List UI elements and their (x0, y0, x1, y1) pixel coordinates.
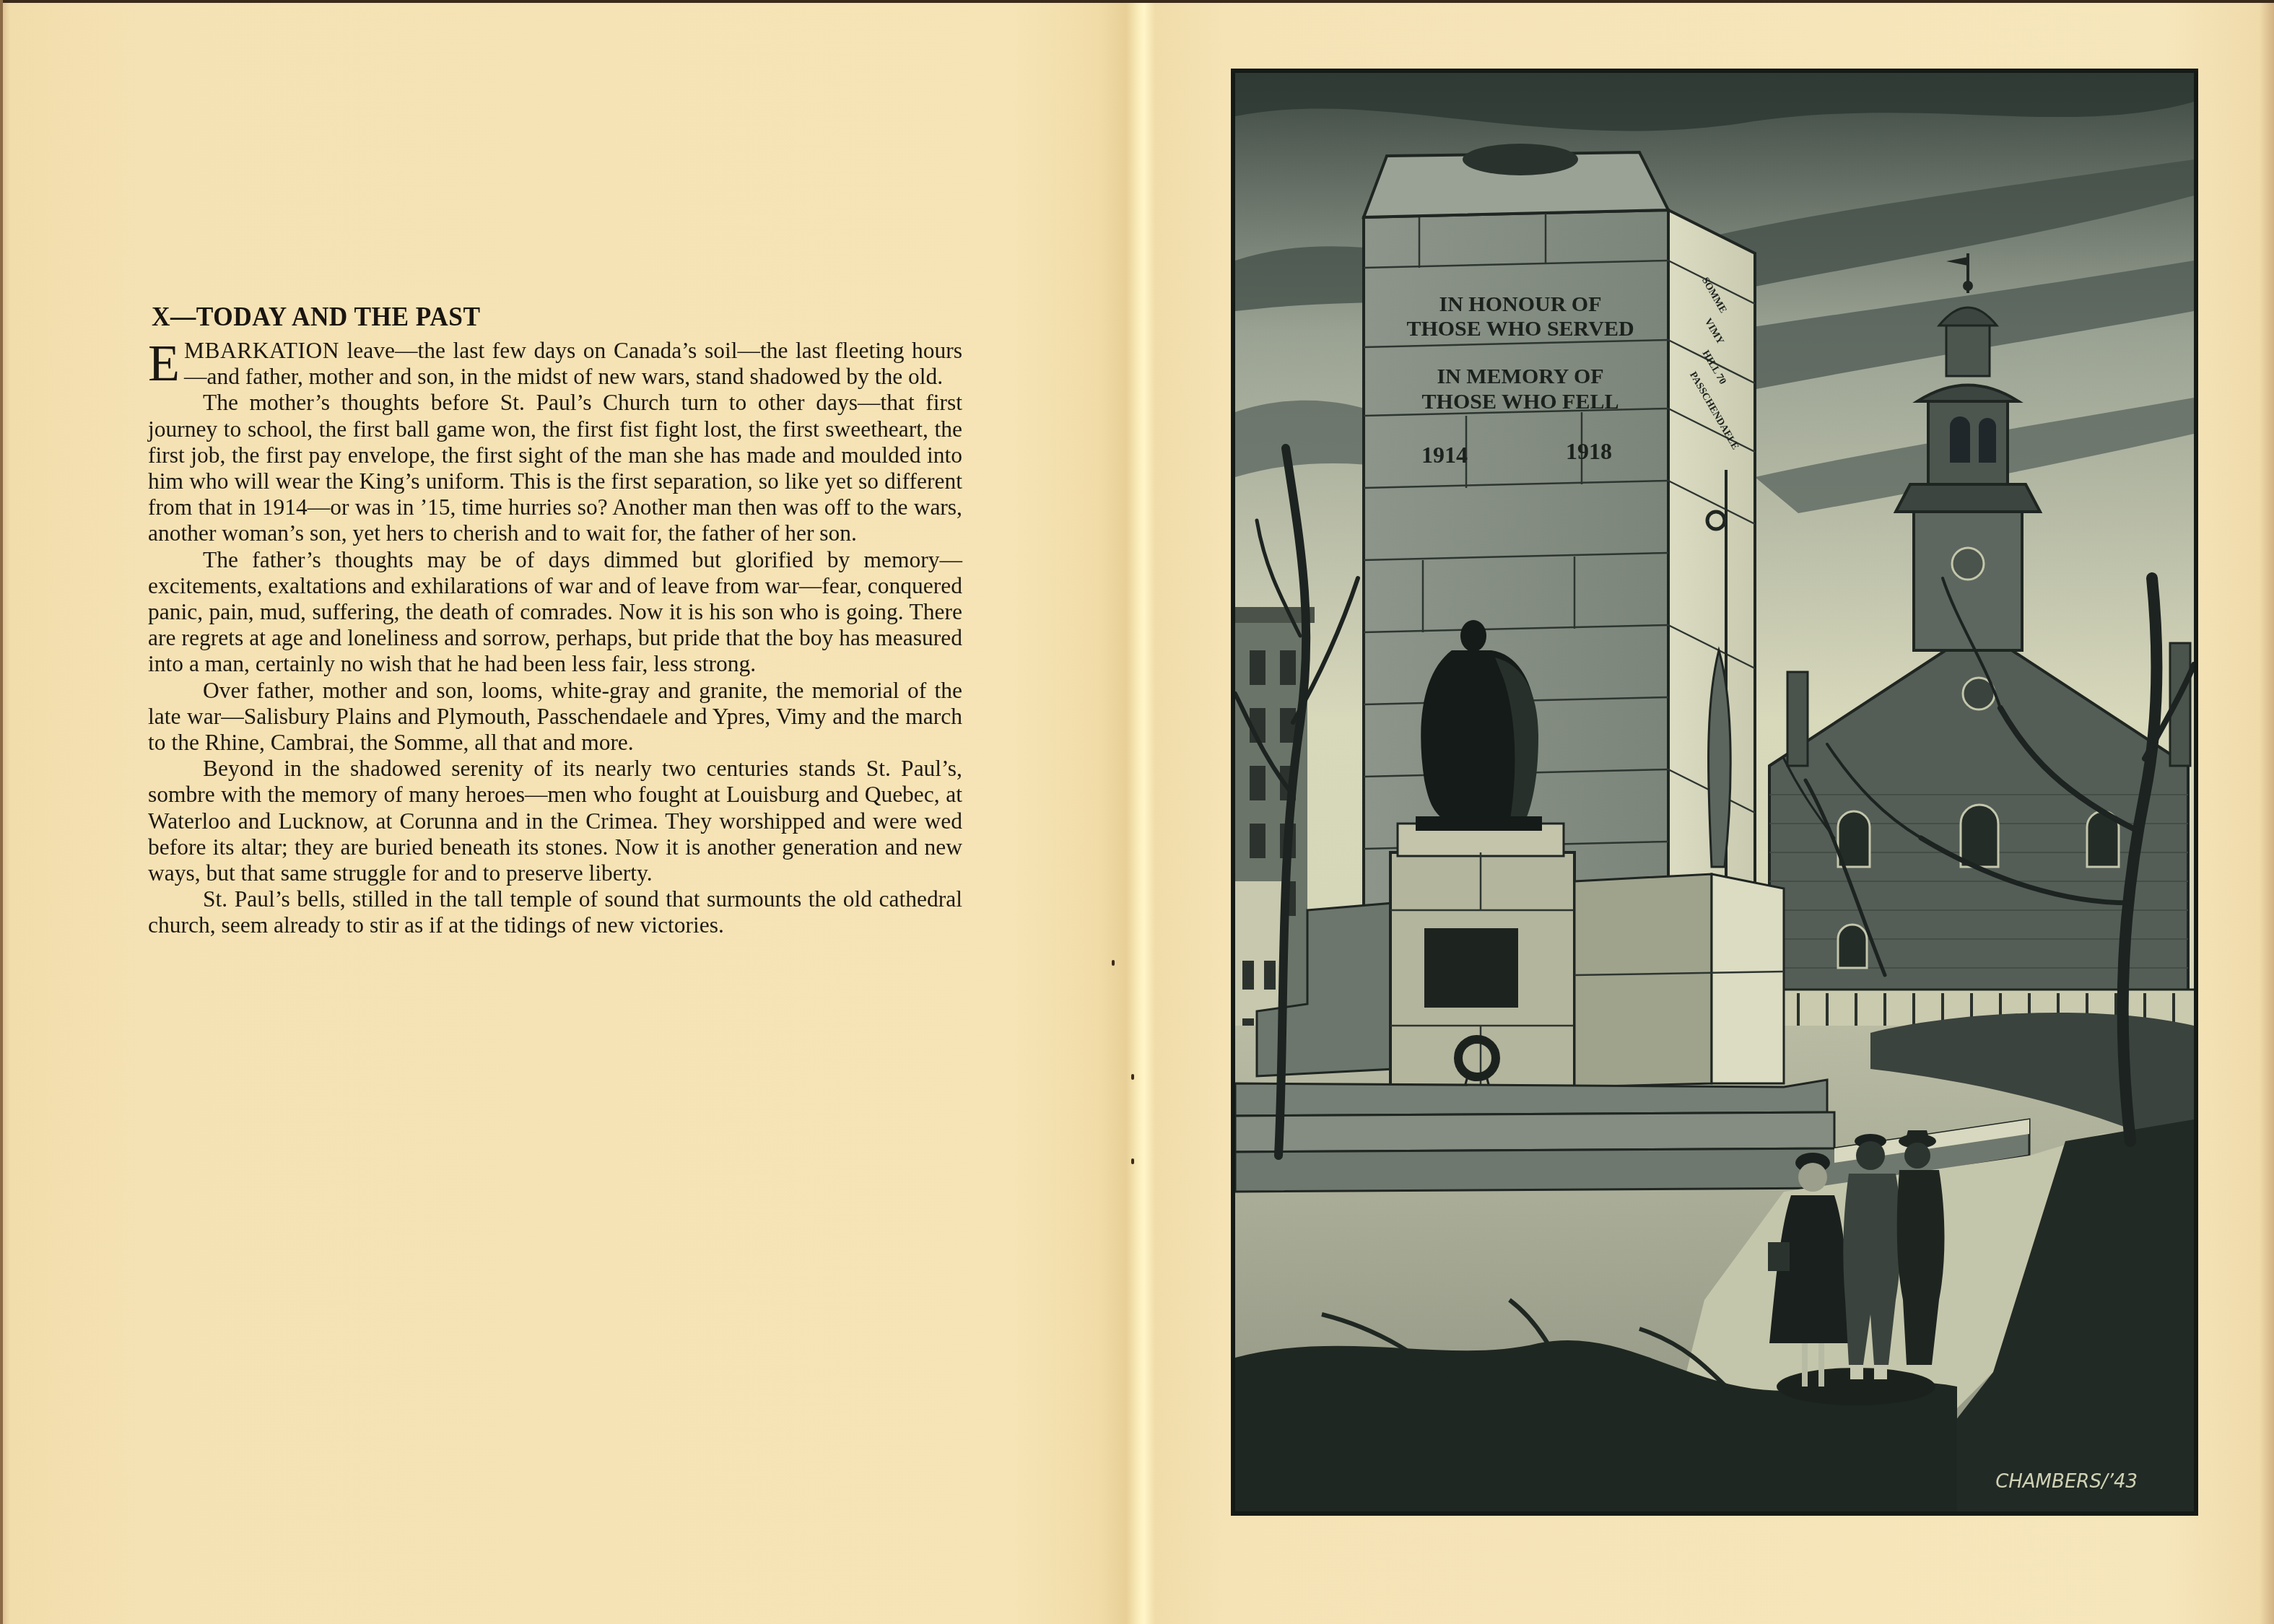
chapter-title: X—TODAY AND THE PAST (152, 301, 480, 333)
illustration-plate: IN HONOUR OF THOSE WHO SERVED IN MEMORY … (1231, 69, 2198, 1516)
artist-signature: CHAMBERS/’43 (1995, 1471, 2138, 1493)
drop-cap: E (148, 342, 180, 384)
inscription-year-end: 1918 (1566, 438, 1612, 464)
binding-stitch-mark (1112, 960, 1115, 966)
inscription-year-start: 1914 (1421, 442, 1468, 468)
bronze-plaque (1424, 928, 1518, 1008)
left-page: X—TODAY AND THE PAST EMBARKATION leave—t… (0, 0, 1141, 1624)
paragraph-6: St. Paul’s bells, stilled in the tall te… (148, 886, 962, 938)
paragraph-2: The mother’s thoughts before St. Paul’s … (148, 390, 962, 546)
lead-caps: MBARKATION (184, 338, 339, 363)
binding-stitch-mark (1131, 1158, 1134, 1164)
book-spread: X—TODAY AND THE PAST EMBARKATION leave—t… (0, 0, 2274, 1624)
memorial-illustration: IN HONOUR OF THOSE WHO SERVED IN MEMORY … (1235, 73, 2194, 1511)
inscription-line-3: IN MEMORY OF (1437, 364, 1603, 388)
paragraph-1: EMBARKATION leave—the last few days on C… (148, 338, 962, 390)
chapter-body: EMBARKATION leave—the last few days on C… (148, 338, 962, 939)
inscription-line-2: THOSE WHO SERVED (1406, 317, 1634, 341)
paragraph-4: Over father, mother and son, looms, whit… (148, 678, 962, 756)
paragraph-3: The father’s thoughts may be of days dim… (148, 547, 962, 678)
binding-stitch-mark (1131, 1074, 1134, 1080)
wreath-top-icon (1463, 144, 1578, 175)
right-page: IN HONOUR OF THOSE WHO SERVED IN MEMORY … (1141, 0, 2274, 1624)
inscription-line-4: THOSE WHO FELL (1422, 390, 1619, 414)
inscription-line-1: IN HONOUR OF (1439, 292, 1602, 316)
paragraph-5: Beyond in the shadowed serenity of its n… (148, 756, 962, 886)
